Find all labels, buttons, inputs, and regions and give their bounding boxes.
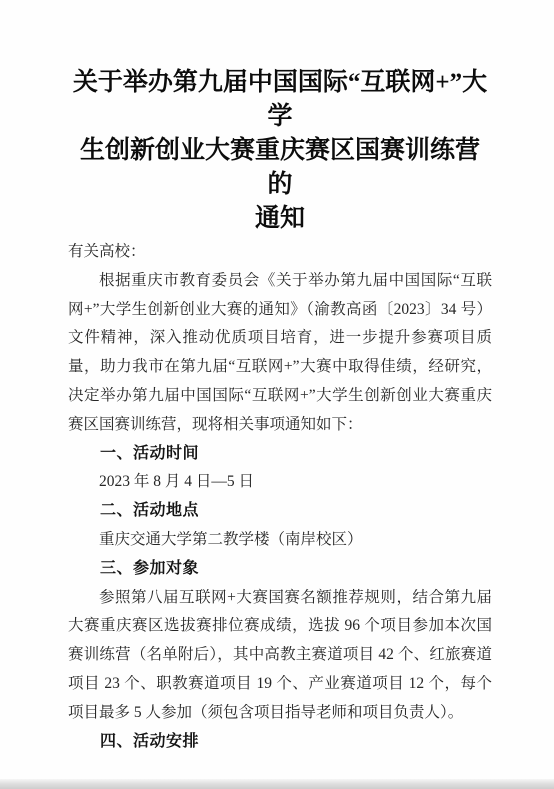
- title-line-3: 通知: [68, 202, 492, 236]
- document-body: 有关高校： 根据重庆市教育委员会《关于举办第九届中国国际“互联网+”大学生创新创…: [68, 238, 492, 756]
- document-page: 关于举办第九届中国国际“互联网+”大学 生创新创业大赛重庆赛区国赛训练营的 通知…: [0, 0, 554, 789]
- section-2-heading: 二、活动地点: [68, 497, 492, 526]
- title-line-2: 生创新创业大赛重庆赛区国赛训练营的: [68, 134, 492, 202]
- document-title: 关于举办第九届中国国际“互联网+”大学 生创新创业大赛重庆赛区国赛训练营的 通知: [68, 66, 492, 236]
- section-3-heading: 三、参加对象: [68, 555, 492, 584]
- title-line-1: 关于举办第九届中国国际“互联网+”大学: [68, 66, 492, 134]
- document-content: 关于举办第九届中国国际“互联网+”大学 生创新创业大赛重庆赛区国赛训练营的 通知…: [68, 0, 492, 756]
- section-4-heading: 四、活动安排: [68, 728, 492, 757]
- salutation: 有关高校：: [68, 238, 492, 267]
- section-1-body: 2023 年 8 月 4 日—5 日: [68, 468, 492, 497]
- intro-paragraph: 根据重庆市教育委员会《关于举办第九届中国国际“互联网+”大学生创新创业大赛的通知…: [68, 267, 492, 440]
- section-1-heading: 一、活动时间: [68, 440, 492, 469]
- section-3-body: 参照第八届互联网+大赛国赛名额推荐规则，结合第九届大赛重庆赛区选拔赛排位赛成绩，…: [68, 584, 492, 728]
- section-2-body: 重庆交通大学第二教学楼（南岸校区）: [68, 526, 492, 555]
- page-bottom-edge: [0, 779, 554, 789]
